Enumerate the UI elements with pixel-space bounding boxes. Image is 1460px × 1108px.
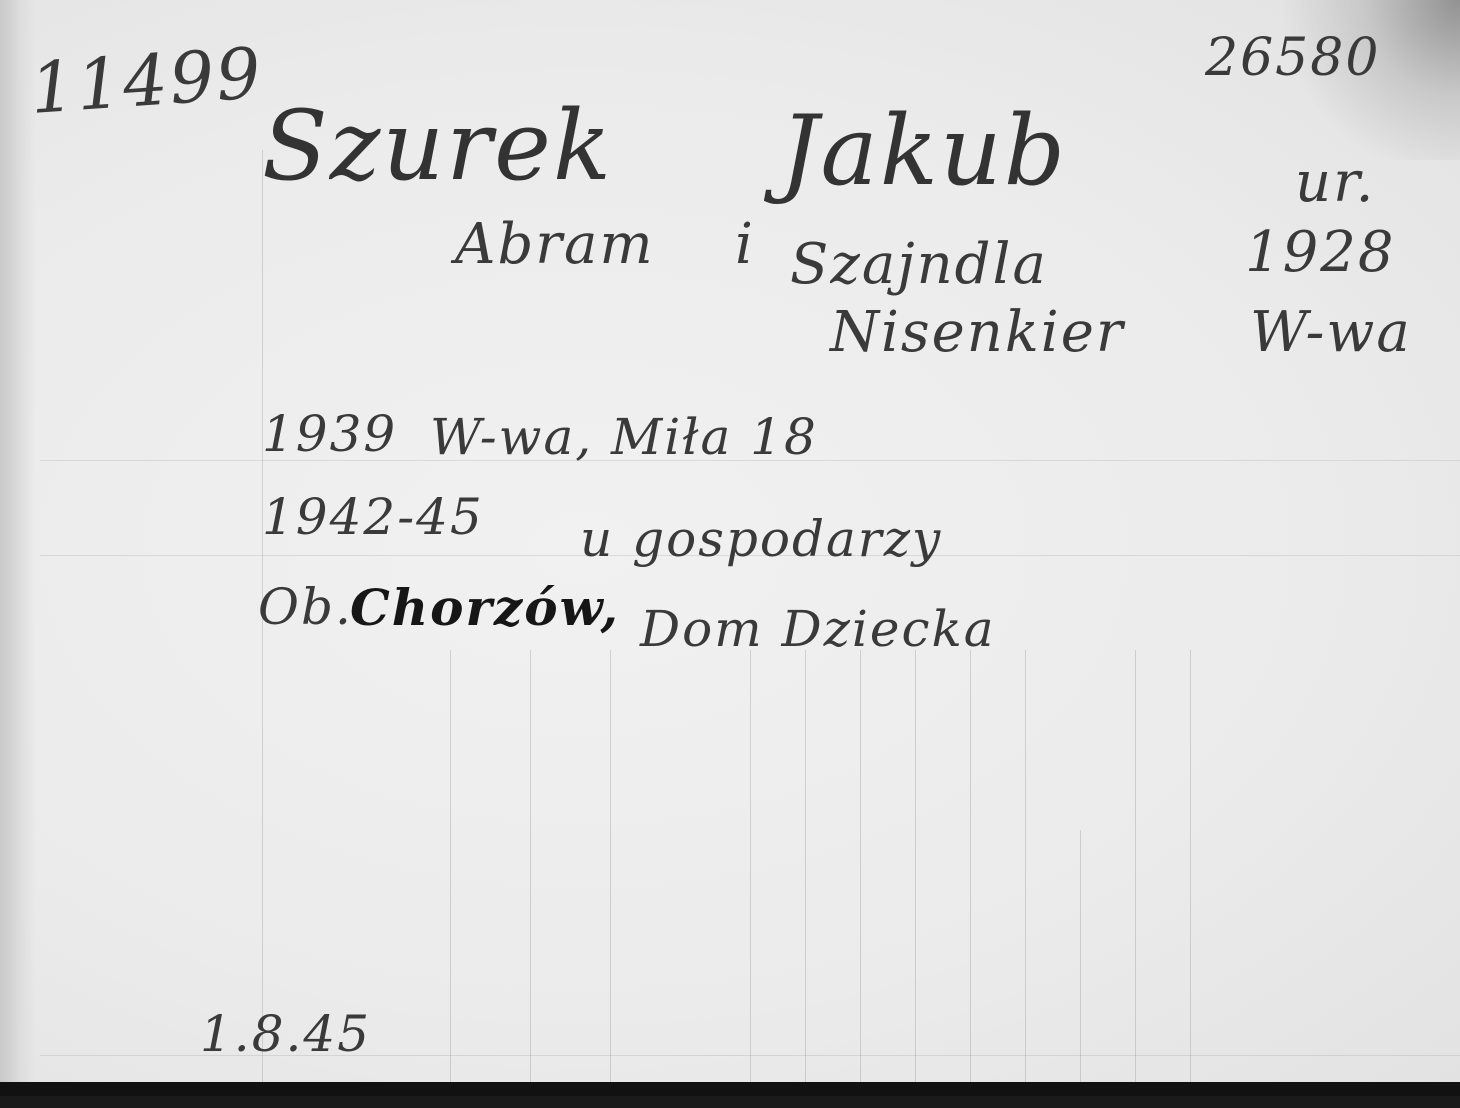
birth-place: W-wa — [1250, 300, 1412, 365]
birth-year: 1928 — [1245, 220, 1396, 285]
current-institution: Dom Dziecka — [640, 600, 996, 658]
ruling-line — [450, 650, 451, 1096]
ruling-line — [750, 650, 751, 1096]
born-abbreviation: ur. — [1295, 150, 1375, 215]
conjunction: i — [735, 212, 755, 277]
history-location: W-wa, Miła 18 — [430, 408, 818, 466]
current-location-prefix: Ob. — [258, 578, 353, 636]
index-card: 11499 26580 Szurek Jakub ur. Abram i Sza… — [0, 0, 1460, 1096]
date-stamp: 1.8.45 — [200, 1005, 371, 1063]
ruling-line — [610, 650, 611, 1096]
history-period: 1939 — [262, 405, 397, 463]
ruling-line — [860, 650, 861, 1096]
card-left-edge — [0, 0, 36, 1096]
history-location: u gospodarzy — [580, 510, 942, 568]
ruling-line — [805, 650, 806, 1096]
ruling-line — [1080, 830, 1081, 1096]
mother-name: Szajndla — [790, 232, 1048, 297]
ruling-line — [970, 650, 971, 1096]
reference-number: 26580 — [1205, 28, 1380, 88]
scan-bottom-edge — [0, 1082, 1460, 1096]
ruling-line — [530, 650, 531, 1096]
father-name: Abram — [455, 212, 655, 277]
ruling-line — [1135, 650, 1136, 1096]
history-period: 1942-45 — [262, 488, 484, 546]
given-name: Jakub — [780, 95, 1067, 207]
current-city: Chorzów, — [350, 578, 620, 637]
mother-maiden-name: Nisenkier — [830, 300, 1125, 365]
ruling-line — [915, 650, 916, 1096]
surname: Szurek — [262, 90, 613, 202]
record-number: 11499 — [27, 32, 265, 130]
ruling-line — [1025, 650, 1026, 1096]
ruling-line — [1190, 650, 1191, 1096]
